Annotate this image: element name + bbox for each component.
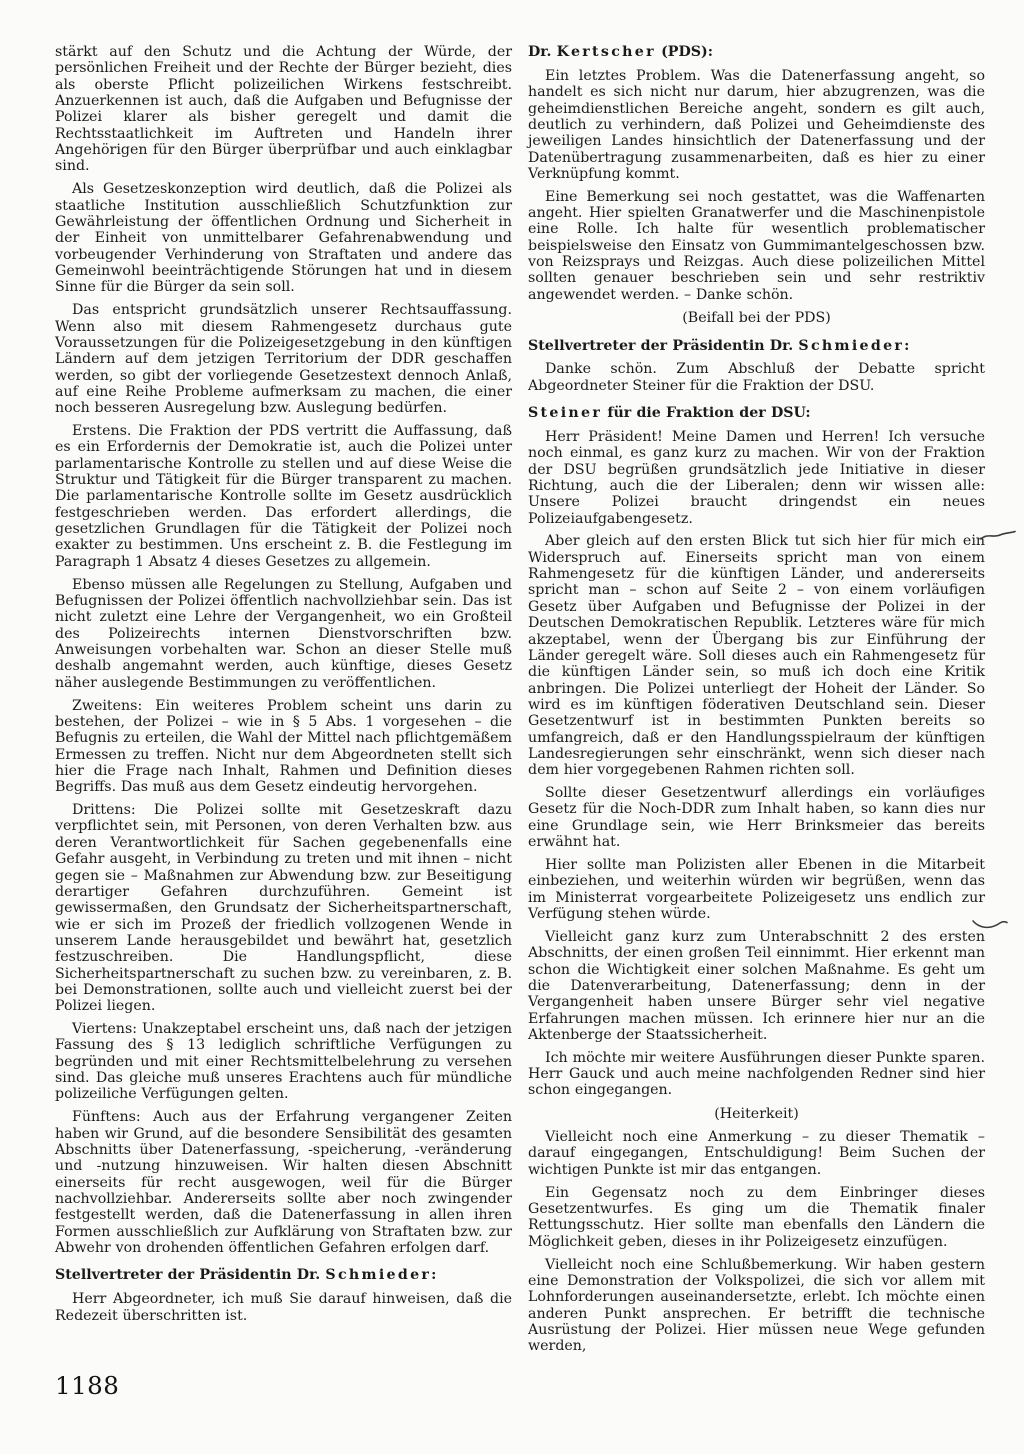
paragraph: Zweitens: Ein weiteres Problem scheint u… [55, 698, 512, 796]
paragraph: Ich möchte mir weitere Ausführungen dies… [528, 1050, 985, 1099]
speaker-heading-pre: Stellvertreter der Präsidentin Dr. [528, 338, 798, 354]
margin-pen-squiggle-icon [970, 915, 1010, 933]
margin-pen-squiggle-icon [978, 527, 1018, 545]
paragraph: Vielleicht noch eine Anmerkung – zu dies… [528, 1129, 985, 1178]
paragraph: Das entspricht grundsätzlich unserer Rec… [55, 302, 512, 416]
speaker-heading: Dr. Kertscher (PDS): [528, 44, 985, 60]
paragraph: Herr Abgeordneter, ich muß Sie darauf hi… [55, 1291, 512, 1324]
paragraph: Fünftens: Auch aus der Erfahrung vergang… [55, 1109, 512, 1256]
text-columns: stärkt auf den Schutz und die Achtung de… [55, 44, 985, 1361]
paragraph: Danke schön. Zum Abschluß der Debatte sp… [528, 361, 985, 394]
paragraph: Vielleicht ganz kurz zum Unterabschnitt … [528, 929, 985, 1043]
paragraph: stärkt auf den Schutz und die Achtung de… [55, 44, 512, 175]
paragraph: Ebenso müssen alle Regelungen zu Stellun… [55, 577, 512, 691]
speaker-name: Schmieder [325, 1267, 431, 1283]
right-column: Dr. Kertscher (PDS): Ein letztes Problem… [528, 44, 985, 1361]
paragraph: Eine Bemerkung sei noch gestattet, was d… [528, 189, 985, 303]
speaker-heading-post: für die Fraktion der DSU: [602, 405, 810, 421]
paragraph: Erstens. Die Fraktion der PDS vertritt d… [55, 423, 512, 570]
speaker-heading-post: : [431, 1267, 436, 1283]
paragraph: Aber gleich auf den ersten Blick tut sic… [528, 533, 985, 778]
left-column: stärkt auf den Schutz und die Achtung de… [55, 44, 512, 1361]
paragraph: Viertens: Unakzeptabel erscheint uns, da… [55, 1021, 512, 1103]
speaker-heading-post: : [904, 338, 909, 354]
speaker-heading: Stellvertreter der Präsidentin Dr. Schmi… [528, 338, 985, 354]
speaker-name: Schmieder [798, 338, 904, 354]
protocol-page: stärkt auf den Schutz und die Achtung de… [0, 0, 1024, 1454]
speaker-name: Kertscher [557, 44, 656, 60]
paragraph: Ein Gegensatz noch zu dem Einbringer die… [528, 1185, 985, 1250]
speaker-heading-pre: Stellvertreter der Präsidentin Dr. [55, 1267, 325, 1283]
speaker-name: Steiner [528, 405, 602, 421]
paragraph: Herr Präsident! Meine Damen und Herren! … [528, 429, 985, 527]
stage-direction: (Heiterkeit) [528, 1106, 985, 1122]
paragraph: Vielleicht noch eine Schlußbemerkung. Wi… [528, 1257, 985, 1355]
paragraph: Sollte dieser Gesetzentwurf allerdings e… [528, 785, 985, 850]
speaker-heading-post: (PDS): [656, 44, 713, 60]
page-number: 1188 [55, 1371, 119, 1400]
speaker-heading: Stellvertreter der Präsidentin Dr. Schmi… [55, 1267, 512, 1283]
speaker-heading-pre: Dr. [528, 44, 557, 60]
paragraph: Ein letztes Problem. Was die Datenerfass… [528, 68, 985, 182]
paragraph: Als Gesetzeskonzeption wird deutlich, da… [55, 181, 512, 295]
paragraph: Hier sollte man Polizisten aller Ebenen … [528, 857, 985, 922]
stage-direction: (Beifall bei der PDS) [528, 310, 985, 326]
paragraph: Drittens: Die Polizei sollte mit Gesetze… [55, 802, 512, 1014]
speaker-heading: Steiner für die Fraktion der DSU: [528, 405, 985, 421]
